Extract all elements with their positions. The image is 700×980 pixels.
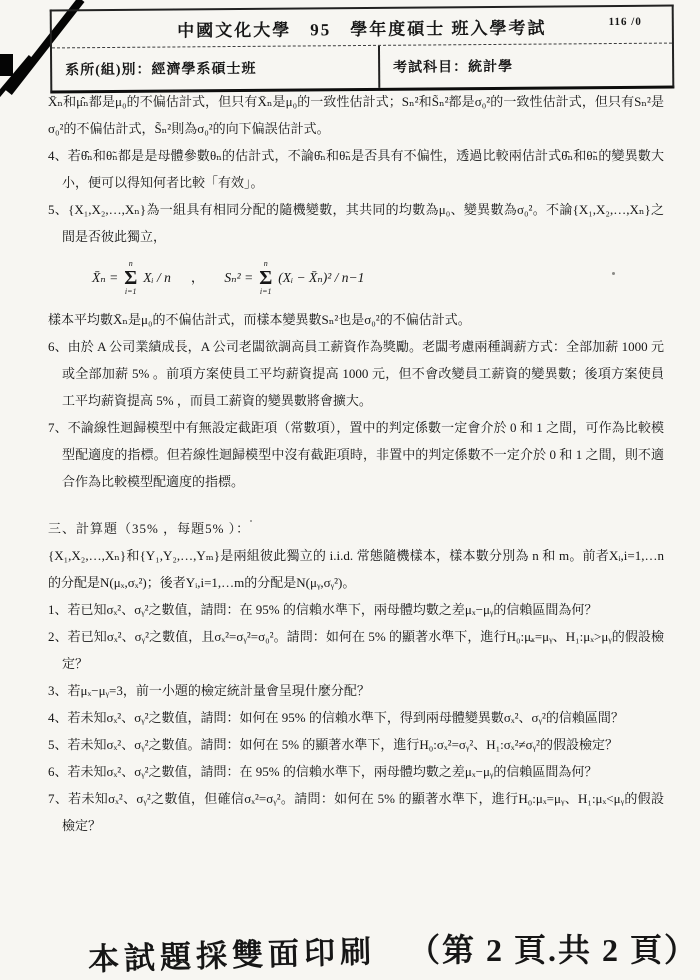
section-3-intro: {X₁,X₂,…,Xₙ}和{Y₁,Y₂,…,Yₘ}是兩組彼此獨立的 i.i.d.… [48, 542, 664, 596]
tf-item-4: 4、若θ̂ₙ和θ̃ₙ都是是母體參數θₙ的估計式，不論θ̂ₙ和θ̃ₙ是否具有不偏性… [48, 142, 664, 196]
question-text: 若未知σₓ²、σᵧ²之數值，請問：如何在 95% 的信賴水準下，得到兩母體變異數… [68, 710, 624, 725]
question-text: 若μₓ−μᵧ=3，前一小題的檢定統計量會呈現什麼分配？ [68, 683, 370, 698]
exam-code: 116 /0 [609, 16, 642, 28]
formula-variance-rhs: (Xᵢ − X̄ₙ)² / n−1 [278, 271, 364, 286]
department-field: 系所(組)別：經濟學系碩士班 [52, 46, 380, 91]
tf-item-7: 7、不論線性迴歸模型中有無設定截距項（常數項），置中的判定係數一定會介於 0 和… [48, 414, 664, 495]
question-number: 4、 [48, 710, 68, 725]
exam-header-box: 中國文化大學 95 學年度碩士 班入學考試 116 /0 系所(組)別：經濟學系… [50, 5, 675, 94]
question-number: 1、 [48, 602, 68, 617]
item-number: 7、 [48, 420, 68, 435]
question-number: 7、 [48, 791, 68, 806]
sample-mean-variance-formula: X̄ₙ = n Σ i=1 Xᵢ / n ， Sₙ² = n Σ i=1 (Xᵢ… [92, 256, 664, 300]
item-text: {X₁,X₂,…,Xₙ}為一組具有相同分配的隨機變數，其共同的均數為μ₀、變異數… [62, 202, 664, 244]
item-number: 6、 [48, 339, 68, 354]
question-number: 5、 [48, 737, 68, 752]
item-text: 由於 A 公司業績成長，A 公司老闆欲調高員工薪資作為獎勵。老闆考慮兩種調薪方式… [62, 339, 664, 408]
calc-question-1: 1、若已知σₓ²、σᵧ²之數值，請問：在 95% 的信賴水準下，兩母體均數之差μ… [48, 596, 664, 623]
tf-item-5: 5、{X₁,X₂,…,Xₙ}為一組具有相同分配的隨機變數，其共同的均數為μ₀、變… [48, 196, 664, 250]
exam-fields-row: 系所(組)別：經濟學系碩士班 考試科目：統計學 [52, 44, 672, 91]
scan-corner-black-patch [0, 54, 13, 76]
section-3-heading: 三、計算題（35% ，每題5% ）： [48, 515, 664, 542]
item-number: 5、 [48, 202, 68, 217]
calc-question-3: 3、若μₓ−μᵧ=3，前一小題的檢定統計量會呈現什麼分配？ [48, 677, 664, 704]
item-text: 不論線性迴歸模型中有無設定截距項（常數項），置中的判定係數一定會介於 0 和 1… [62, 420, 664, 489]
calc-question-6: 6、若未知σₓ²、σᵧ²之數值，請問：在 95% 的信賴水準下，兩母體均數之差μ… [48, 758, 664, 785]
calc-question-7: 7、若未知σₓ²、σᵧ²之數值，但確信σₓ²=σᵧ²。請問：如何在 5% 的顯著… [48, 785, 664, 839]
formula-mean-lhs: X̄ₙ = [92, 271, 118, 286]
statement-carryover: X̄ₙ和μ̂ₙ都是μ₀的不偏估計式，但只有X̄ₙ是μ₀的一致性估計式；Sₙ²和S… [48, 88, 664, 142]
footer-page-indicator: （第 2 頁.共 2 頁） [408, 925, 698, 971]
subject-label: 考試科目： [393, 56, 468, 77]
exam-body: X̄ₙ和μ̂ₙ都是μ₀的不偏估計式，但只有X̄ₙ是μ₀的一致性估計式；Sₙ²和S… [48, 88, 664, 839]
exam-title: 中國文化大學 95 學年度碩士 班入學考試 [177, 13, 546, 41]
formula-mean-rhs: Xᵢ / n [143, 271, 171, 286]
summation-symbol: n Σ i=1 [259, 260, 272, 296]
question-text: 若未知σₓ²、σᵧ²之數值，請問：在 95% 的信賴水準下，兩母體均數之差μₓ−… [68, 764, 598, 779]
tf-item-6: 6、由於 A 公司業績成長，A 公司老闆欲調高員工薪資作為獎勵。老闆考慮兩種調薪… [48, 333, 664, 414]
item-number: 4、 [48, 148, 68, 163]
subject-value: 統計學 [468, 56, 513, 76]
question-number: 6、 [48, 764, 68, 779]
question-text: 若已知σₓ²、σᵧ²之數值，請問：在 95% 的信賴水準下，兩母體均數之差μₓ−… [68, 602, 598, 617]
item-text: 若θ̂ₙ和θ̃ₙ都是是母體參數θₙ的估計式，不論θ̂ₙ和θ̃ₙ是否具有不偏性，透… [62, 148, 664, 190]
formula-separator: ， [191, 271, 205, 286]
calc-question-5: 5、若未知σₓ²、σᵧ²之數值。請問：如何在 5% 的顯著水準下，進行H₀:σₓ… [48, 731, 664, 758]
footer-print-note: 本試題採雙面印刷 [87, 926, 376, 979]
summation-symbol: n Σ i=1 [124, 260, 137, 296]
calc-question-4: 4、若未知σₓ²、σᵧ²之數值，請問：如何在 95% 的信賴水準下，得到兩母體變… [48, 704, 664, 731]
department-value: 經濟學系碩士班 [151, 58, 256, 79]
tf-item-5-note: 樣本平均數X̄ₙ是μ₀的不偏估計式，而樣本變異數Sₙ²也是σ₀²的不偏估計式。 [48, 306, 664, 333]
subject-field: 考試科目：統計學 [380, 44, 672, 88]
question-number: 3、 [48, 683, 68, 698]
question-text: 若未知σₓ²、σᵧ²之數值。請問：如何在 5% 的顯著水準下，進行H₀:σₓ²=… [68, 737, 618, 752]
formula-variance-lhs: Sₙ² = [224, 271, 253, 286]
question-number: 2、 [48, 629, 68, 644]
exam-title-row: 中國文化大學 95 學年度碩士 班入學考試 116 /0 [52, 7, 672, 49]
calc-question-2: 2、若已知σₓ²、σᵧ²之數值，且σₓ²=σᵧ²=σ₀²。請問：如何在 5% 的… [48, 623, 664, 677]
question-text: 若已知σₓ²、σᵧ²之數值，且σₓ²=σᵧ²=σ₀²。請問：如何在 5% 的顯著… [62, 629, 664, 671]
question-text: 若未知σₓ²、σᵧ²之數值，但確信σₓ²=σᵧ²。請問：如何在 5% 的顯著水準… [62, 791, 664, 833]
department-label: 系所(組)別： [65, 59, 151, 80]
exam-page: 中國文化大學 95 學年度碩士 班入學考試 116 /0 系所(組)別：經濟學系… [0, 0, 700, 980]
